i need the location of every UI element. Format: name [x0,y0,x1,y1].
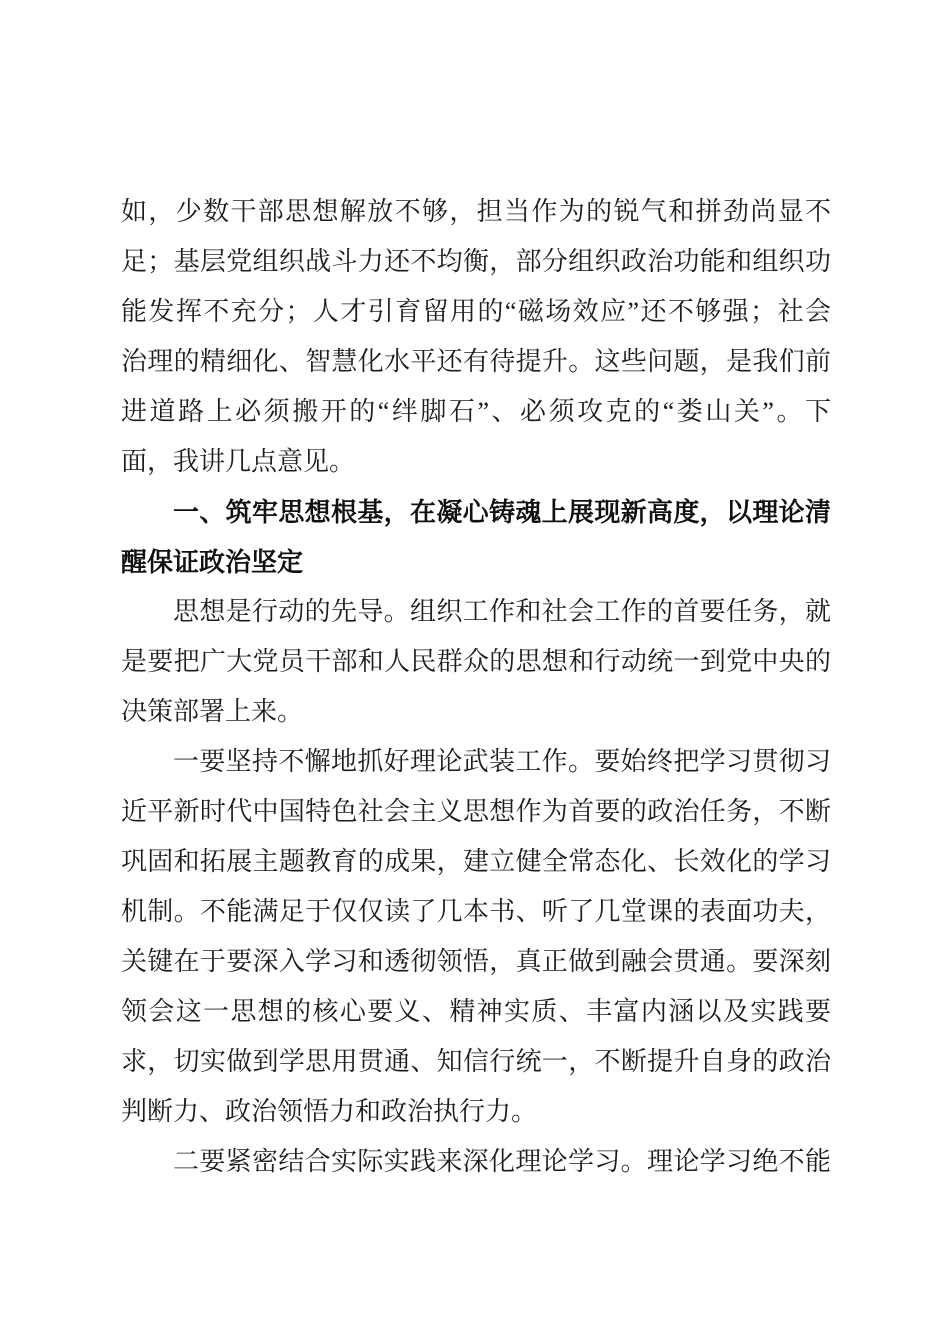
document-page: 如，少数干部思想解放不够，担当作为的锐气和拼劲尚显不足；基层党组织战斗力还不均衡… [0,0,950,1344]
text-line: 决策部署上来。 [121,687,831,737]
text-line: 醒保证政治坚定 [121,537,831,587]
section-heading: 一、筑牢思想根基，在凝心铸魂上展现新高度，以理论清醒保证政治坚定 [121,487,831,587]
paragraph: 二要紧密结合实际实践来深化理论学习。理论学习绝不能 [121,1137,831,1187]
text-line: 领会这一思想的核心要义、精神实质、丰富内涵以及实践要 [121,987,831,1037]
text-line: 巩固和拓展主题教育的成果，建立健全常态化、长效化的学习 [121,837,831,887]
text-line: 进道路上必须搬开的“绊脚石”、必须攻克的“娄山关”。下 [121,387,831,437]
text-line: 是要把广大党员干部和人民群众的思想和行动统一到党中央的 [121,637,831,687]
text-line: 面，我讲几点意见。 [121,437,831,487]
paragraph: 如，少数干部思想解放不够，担当作为的锐气和拼劲尚显不足；基层党组织战斗力还不均衡… [121,187,831,487]
document-content: 如，少数干部思想解放不够，担当作为的锐气和拼劲尚显不足；基层党组织战斗力还不均衡… [121,187,831,1187]
paragraph: 思想是行动的先导。组织工作和社会工作的首要任务，就是要把广大党员干部和人民群众的… [121,587,831,737]
paragraph: 一要坚持不懈地抓好理论武装工作。要始终把学习贯彻习近平新时代中国特色社会主义思想… [121,737,831,1137]
text-line: 求，切实做到学思用贯通、知信行统一，不断提升自身的政治 [121,1037,831,1087]
text-line: 治理的精细化、智慧化水平还有待提升。这些问题，是我们前 [121,337,831,387]
text-line: 二要紧密结合实际实践来深化理论学习。理论学习绝不能 [121,1137,831,1187]
text-line: 关键在于要深入学习和透彻领悟，真正做到融会贯通。要深刻 [121,937,831,987]
text-line: 判断力、政治领悟力和政治执行力。 [121,1087,831,1137]
text-line: 机制。不能满足于仅仅读了几本书、听了几堂课的表面功夫， [121,887,831,937]
text-line: 足；基层党组织战斗力还不均衡，部分组织政治功能和组织功 [121,237,831,287]
text-line: 如，少数干部思想解放不够，担当作为的锐气和拼劲尚显不 [121,187,831,237]
text-line: 思想是行动的先导。组织工作和社会工作的首要任务，就 [121,587,831,637]
text-line: 一要坚持不懈地抓好理论武装工作。要始终把学习贯彻习 [121,737,831,787]
text-line: 近平新时代中国特色社会主义思想作为首要的政治任务，不断 [121,787,831,837]
text-line: 一、筑牢思想根基，在凝心铸魂上展现新高度，以理论清 [121,487,831,537]
text-line: 能发挥不充分；人才引育留用的“磁场效应”还不够强；社会 [121,287,831,337]
